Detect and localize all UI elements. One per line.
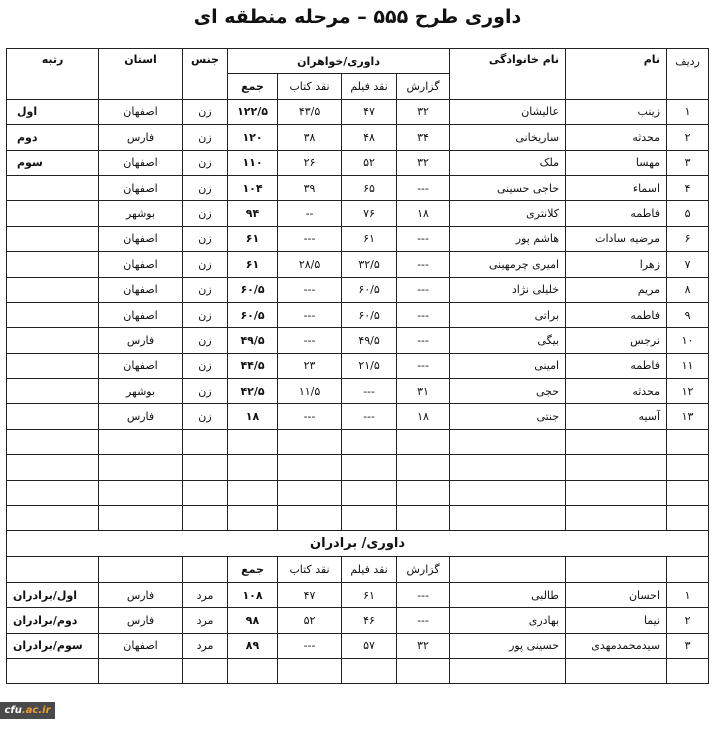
last-name-cell: هاشم پور (450, 226, 566, 251)
rank-cell: دوم/برادران (7, 608, 99, 633)
report-score-cell: --- (397, 353, 450, 378)
empty-cell (450, 480, 566, 505)
rank-cell (7, 252, 99, 277)
province-cell: فارس (99, 328, 183, 353)
header-row-no: ردیف (667, 49, 709, 100)
film-review-score-cell: ۶۵ (342, 175, 397, 200)
film-review-score-cell: ۵۲ (342, 150, 397, 175)
empty-row (7, 658, 709, 683)
empty-cell (183, 455, 228, 480)
table-row: ۱زینبعالیشان۳۲۴۷۴۳/۵۱۲۲/۵زناصفهاناول (7, 99, 709, 124)
total-score-cell: ۱۸ (228, 404, 278, 429)
book-review-score-cell: -- (278, 201, 342, 226)
row-number-cell: ۱۱ (667, 353, 709, 378)
table-row: ۶مرضیه ساداتهاشم پور---۶۱---۶۱زناصفهان (7, 226, 709, 251)
film-review-score-cell: ۶۰/۵ (342, 302, 397, 327)
empty-cell (397, 658, 450, 683)
film-review-score-cell: ۷۶ (342, 201, 397, 226)
book-review-score-cell: ۱۱/۵ (278, 379, 342, 404)
empty-cell (566, 506, 667, 531)
row-number-cell: ۸ (667, 277, 709, 302)
total-score-cell: ۶۰/۵ (228, 302, 278, 327)
table-row: ۳سیدمحمدمهدیحسینی پور۳۲۵۷---۸۹مرداصفهانس… (7, 633, 709, 658)
total-score-cell: ۱۲۰ (228, 125, 278, 150)
results-table: ردیف نام نام خانوادگی داوری/خواهران جنس … (6, 48, 709, 684)
first-name-cell: زینب (566, 99, 667, 124)
total-score-cell: ۶۰/۵ (228, 277, 278, 302)
rank-cell (7, 302, 99, 327)
film-review-score-cell: ۴۶ (342, 608, 397, 633)
header-group-sisters: داوری/خواهران (228, 49, 450, 74)
empty-cell (183, 658, 228, 683)
book-review-score-cell: --- (278, 302, 342, 327)
empty-cell (99, 480, 183, 505)
empty-cell (450, 557, 566, 582)
rank-cell: سوم (7, 150, 99, 175)
gender-cell: مرد (183, 582, 228, 607)
report-score-cell: --- (397, 608, 450, 633)
book-review-score-cell: --- (278, 226, 342, 251)
last-name-cell: ملک (450, 150, 566, 175)
last-name-cell: حسینی پور (450, 633, 566, 658)
table-row: ۴اسماءحاجی حسینی---۶۵۳۹۱۰۴زناصفهان (7, 175, 709, 200)
book-review-score-cell: ۲۳ (278, 353, 342, 378)
last-name-cell: امینی (450, 353, 566, 378)
row-number-cell: ۱ (667, 99, 709, 124)
rank-cell (7, 175, 99, 200)
empty-cell (566, 658, 667, 683)
first-name-cell: سیدمحمدمهدی (566, 633, 667, 658)
empty-cell (450, 506, 566, 531)
empty-cell (667, 429, 709, 454)
gender-cell: زن (183, 175, 228, 200)
empty-cell (99, 557, 183, 582)
row-number-cell: ۴ (667, 175, 709, 200)
book-review-score-cell: ۳۸ (278, 125, 342, 150)
empty-cell (342, 480, 397, 505)
gender-cell: زن (183, 125, 228, 150)
gender-cell: زن (183, 150, 228, 175)
total-score-cell: ۶۱ (228, 226, 278, 251)
row-number-cell: ۱ (667, 582, 709, 607)
empty-cell (397, 480, 450, 505)
empty-cell (7, 557, 99, 582)
empty-cell (566, 429, 667, 454)
empty-cell (450, 455, 566, 480)
empty-cell (228, 480, 278, 505)
report-score-cell: ۳۱ (397, 379, 450, 404)
empty-cell (99, 429, 183, 454)
header-film-review: نقد فیلم (342, 74, 397, 99)
province-cell: اصفهان (99, 302, 183, 327)
first-name-cell: مهسا (566, 150, 667, 175)
gender-cell: زن (183, 328, 228, 353)
province-cell: فارس (99, 582, 183, 607)
film-review-score-cell: ۶۱ (342, 582, 397, 607)
gender-cell: زن (183, 404, 228, 429)
last-name-cell: حاجی حسینی (450, 175, 566, 200)
brothers-subheader-row: گزارشنقد فیلمنقد کتابجمع (7, 557, 709, 582)
empty-cell (99, 658, 183, 683)
header-province: استان (99, 49, 183, 100)
report-score-cell: ۳۲ (397, 99, 450, 124)
book-review-score-cell: --- (278, 277, 342, 302)
first-name-cell: اسماء (566, 175, 667, 200)
empty-cell (183, 506, 228, 531)
row-number-cell: ۲ (667, 608, 709, 633)
empty-cell (566, 557, 667, 582)
last-name-cell: بیگی (450, 328, 566, 353)
empty-cell (278, 658, 342, 683)
watermark-part2: .ac.ir (22, 705, 51, 716)
report-score-cell: ۳۲ (397, 150, 450, 175)
report-score-cell: --- (397, 582, 450, 607)
gender-cell: زن (183, 226, 228, 251)
empty-cell (278, 429, 342, 454)
empty-row (7, 455, 709, 480)
table-row: ۱۱فاطمهامینی---۲۱/۵۲۳۴۴/۵زناصفهان (7, 353, 709, 378)
section-row-brothers: داوری/ برادران (7, 531, 709, 557)
empty-cell (397, 429, 450, 454)
rank-cell (7, 226, 99, 251)
empty-cell (667, 658, 709, 683)
total-score-cell: ۱۰۴ (228, 175, 278, 200)
watermark-part1: cfu (4, 705, 21, 716)
empty-cell (278, 506, 342, 531)
gender-cell: زن (183, 379, 228, 404)
header-row-1: ردیف نام نام خانوادگی داوری/خواهران جنس … (7, 49, 709, 74)
site-watermark: cfu.ac.ir (0, 702, 55, 719)
table-row: ۱احسانطالبی---۶۱۴۷۱۰۸مردفارساول/برادران (7, 582, 709, 607)
first-name-cell: فاطمه (566, 302, 667, 327)
empty-cell (397, 506, 450, 531)
page-title: داوری طرح ۵۵۵ – مرحله منطقه ای (0, 6, 715, 28)
header-report: گزارش (397, 74, 450, 99)
film-review-score-cell: ۳۲/۵ (342, 252, 397, 277)
gender-cell: زن (183, 277, 228, 302)
row-number-cell: ۲ (667, 125, 709, 150)
empty-cell (228, 506, 278, 531)
rank-cell: اول (7, 99, 99, 124)
report-score-cell: ۳۴ (397, 125, 450, 150)
table-row: ۲محدثهساریخانی۳۴۴۸۳۸۱۲۰زنفارسدوم (7, 125, 709, 150)
first-name-cell: مرضیه سادات (566, 226, 667, 251)
gender-cell: مرد (183, 608, 228, 633)
last-name-cell: جنتی (450, 404, 566, 429)
total-score-cell: ۹۸ (228, 608, 278, 633)
empty-cell (7, 429, 99, 454)
first-name-cell: احسان (566, 582, 667, 607)
rank-cell (7, 277, 99, 302)
province-cell: اصفهان (99, 252, 183, 277)
row-number-cell: ۳ (667, 633, 709, 658)
gender-cell: زن (183, 99, 228, 124)
first-name-cell: زهرا (566, 252, 667, 277)
province-cell: اصفهان (99, 633, 183, 658)
report-score-cell: --- (397, 175, 450, 200)
first-name-cell: فاطمه (566, 353, 667, 378)
gender-cell: زن (183, 252, 228, 277)
book-review-score-cell: ۴۳/۵ (278, 99, 342, 124)
header-film-review: نقد فیلم (342, 557, 397, 582)
report-score-cell: --- (397, 302, 450, 327)
empty-cell (183, 429, 228, 454)
film-review-score-cell: ۶۰/۵ (342, 277, 397, 302)
book-review-score-cell: ۵۲ (278, 608, 342, 633)
header-gender: جنس (183, 49, 228, 100)
province-cell: بوشهر (99, 201, 183, 226)
total-score-cell: ۸۹ (228, 633, 278, 658)
row-number-cell: ۵ (667, 201, 709, 226)
row-number-cell: ۱۳ (667, 404, 709, 429)
book-review-score-cell: ۲۶ (278, 150, 342, 175)
last-name-cell: بهادری (450, 608, 566, 633)
rank-cell (7, 404, 99, 429)
film-review-score-cell: ۴۷ (342, 99, 397, 124)
book-review-score-cell: ۴۷ (278, 582, 342, 607)
empty-row (7, 506, 709, 531)
province-cell: اصفهان (99, 226, 183, 251)
last-name-cell: عالیشان (450, 99, 566, 124)
empty-cell (228, 429, 278, 454)
rank-cell (7, 201, 99, 226)
header-report: گزارش (397, 557, 450, 582)
empty-cell (7, 658, 99, 683)
province-cell: اصفهان (99, 277, 183, 302)
rank-cell: سوم/برادران (7, 633, 99, 658)
header-last-name: نام خانوادگی (450, 49, 566, 100)
film-review-score-cell: ۲۱/۵ (342, 353, 397, 378)
book-review-score-cell: --- (278, 404, 342, 429)
rank-cell (7, 379, 99, 404)
table-row: ۱۳آسیهجنتی۱۸------۱۸زنفارس (7, 404, 709, 429)
report-score-cell: ۳۲ (397, 633, 450, 658)
first-name-cell: محدثه (566, 125, 667, 150)
empty-cell (183, 557, 228, 582)
total-score-cell: ۱۱۰ (228, 150, 278, 175)
table-row: ۵فاطمهکلانتری۱۸۷۶--۹۴زنبوشهر (7, 201, 709, 226)
province-cell: فارس (99, 608, 183, 633)
province-cell: بوشهر (99, 379, 183, 404)
last-name-cell: خلیلی نژاد (450, 277, 566, 302)
empty-cell (397, 455, 450, 480)
total-score-cell: ۶۱ (228, 252, 278, 277)
film-review-score-cell: ۶۱ (342, 226, 397, 251)
table-row: ۸مریمخلیلی نژاد---۶۰/۵---۶۰/۵زناصفهان (7, 277, 709, 302)
province-cell: اصفهان (99, 99, 183, 124)
first-name-cell: نرجس (566, 328, 667, 353)
film-review-score-cell: ۵۷ (342, 633, 397, 658)
empty-row (7, 480, 709, 505)
last-name-cell: امیری چرمهینی (450, 252, 566, 277)
table-row: ۱۰نرجسبیگی---۴۹/۵---۴۹/۵زنفارس (7, 328, 709, 353)
total-score-cell: ۴۴/۵ (228, 353, 278, 378)
total-score-cell: ۱۰۸ (228, 582, 278, 607)
gender-cell: زن (183, 201, 228, 226)
empty-cell (99, 506, 183, 531)
last-name-cell: حجی (450, 379, 566, 404)
film-review-score-cell: ۴۸ (342, 125, 397, 150)
header-total: جمع (228, 74, 278, 99)
header-rank: رتبه (7, 49, 99, 100)
empty-cell (450, 658, 566, 683)
gender-cell: زن (183, 302, 228, 327)
table-row: ۳مهساملک۳۲۵۲۲۶۱۱۰زناصفهانسوم (7, 150, 709, 175)
province-cell: اصفهان (99, 150, 183, 175)
empty-cell (450, 429, 566, 454)
province-cell: اصفهان (99, 175, 183, 200)
empty-cell (667, 455, 709, 480)
book-review-score-cell: ۳۹ (278, 175, 342, 200)
last-name-cell: کلانتری (450, 201, 566, 226)
empty-cell (667, 506, 709, 531)
last-name-cell: ساریخانی (450, 125, 566, 150)
report-score-cell: --- (397, 277, 450, 302)
empty-cell (342, 658, 397, 683)
gender-cell: زن (183, 353, 228, 378)
empty-cell (342, 429, 397, 454)
rank-cell: دوم (7, 125, 99, 150)
empty-cell (99, 455, 183, 480)
province-cell: اصفهان (99, 353, 183, 378)
report-score-cell: --- (397, 226, 450, 251)
header-total: جمع (228, 557, 278, 582)
film-review-score-cell: --- (342, 404, 397, 429)
province-cell: فارس (99, 125, 183, 150)
book-review-score-cell: ۲۸/۵ (278, 252, 342, 277)
total-score-cell: ۴۹/۵ (228, 328, 278, 353)
total-score-cell: ۴۲/۵ (228, 379, 278, 404)
row-number-cell: ۱۲ (667, 379, 709, 404)
total-score-cell: ۱۲۲/۵ (228, 99, 278, 124)
table-row: ۷زهراامیری چرمهینی---۳۲/۵۲۸/۵۶۱زناصفهان (7, 252, 709, 277)
empty-cell (566, 480, 667, 505)
empty-cell (667, 557, 709, 582)
header-book-review: نقد کتاب (278, 557, 342, 582)
empty-cell (228, 455, 278, 480)
row-number-cell: ۶ (667, 226, 709, 251)
report-score-cell: --- (397, 252, 450, 277)
rank-cell (7, 353, 99, 378)
table-row: ۲نیمابهادری---۴۶۵۲۹۸مردفارسدوم/برادران (7, 608, 709, 633)
table-row: ۹فاطمهبراتی---۶۰/۵---۶۰/۵زناصفهان (7, 302, 709, 327)
first-name-cell: نیما (566, 608, 667, 633)
empty-cell (342, 506, 397, 531)
gender-cell: مرد (183, 633, 228, 658)
report-score-cell: ۱۸ (397, 201, 450, 226)
empty-cell (278, 480, 342, 505)
film-review-score-cell: --- (342, 379, 397, 404)
empty-cell (7, 506, 99, 531)
total-score-cell: ۹۴ (228, 201, 278, 226)
header-book-review: نقد کتاب (278, 74, 342, 99)
empty-cell (228, 658, 278, 683)
first-name-cell: فاطمه (566, 201, 667, 226)
book-review-score-cell: --- (278, 328, 342, 353)
report-score-cell: ۱۸ (397, 404, 450, 429)
book-review-score-cell: --- (278, 633, 342, 658)
empty-cell (7, 455, 99, 480)
first-name-cell: محدثه (566, 379, 667, 404)
province-cell: فارس (99, 404, 183, 429)
empty-cell (667, 480, 709, 505)
last-name-cell: براتی (450, 302, 566, 327)
empty-row (7, 429, 709, 454)
empty-cell (183, 480, 228, 505)
row-number-cell: ۷ (667, 252, 709, 277)
section-title-brothers: داوری/ برادران (7, 531, 709, 557)
row-number-cell: ۹ (667, 302, 709, 327)
film-review-score-cell: ۴۹/۵ (342, 328, 397, 353)
rank-cell: اول/برادران (7, 582, 99, 607)
rank-cell (7, 328, 99, 353)
empty-cell (7, 480, 99, 505)
table-row: ۱۲محدثهحجی۳۱---۱۱/۵۴۲/۵زنبوشهر (7, 379, 709, 404)
row-number-cell: ۱۰ (667, 328, 709, 353)
first-name-cell: آسیه (566, 404, 667, 429)
report-score-cell: --- (397, 328, 450, 353)
empty-cell (566, 455, 667, 480)
empty-cell (278, 455, 342, 480)
last-name-cell: طالبی (450, 582, 566, 607)
first-name-cell: مریم (566, 277, 667, 302)
header-first-name: نام (566, 49, 667, 100)
row-number-cell: ۳ (667, 150, 709, 175)
empty-cell (342, 455, 397, 480)
